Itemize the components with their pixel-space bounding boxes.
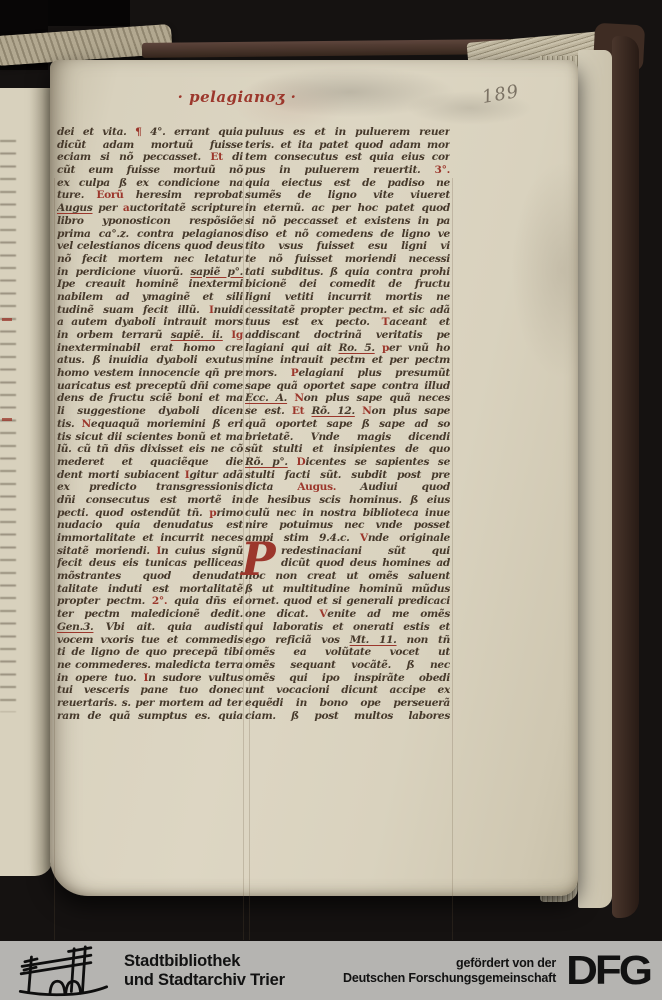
manuscript-line: ampi stim 9.4.c. Vnde originale	[245, 532, 450, 545]
ink-text: se est.	[245, 405, 292, 417]
manuscript-line: culũ nec in nostra biblioteca inue	[245, 507, 450, 520]
ink-text: equaquã moriemini ß eri	[91, 418, 243, 430]
ink-text: vel celestianos dicens quod deus	[57, 240, 243, 252]
ink-text: qui laboratis et onerati estis et	[245, 621, 450, 633]
ink-text: prima ca°.z. contra pelagianos	[57, 228, 243, 240]
rubric-mark: Ig	[231, 329, 243, 341]
ink-text: Ipe creauit hominẽ inextermi	[57, 278, 243, 290]
ink-text: omẽs sequant vocãtẽ. ß nec	[245, 659, 450, 671]
ink-text: redestinaciani sũt qui	[281, 545, 450, 557]
ink-text: n cuius signũ	[161, 545, 243, 557]
manuscript-line: atus. ß inuidia dyaboli exutus	[57, 354, 243, 367]
ink-text: omẽs ea volũtate vocet ut	[245, 646, 450, 658]
manuscript-line: fecit deus eis tunicas pelliceas de	[57, 557, 243, 570]
manuscript-line: omẽs sequant vocãtẽ. ß nec	[245, 659, 450, 672]
text-column-left: dei et vita. ¶ 4°. errant quiadicũt adam…	[57, 126, 243, 722]
drop-cap-initial: P	[241, 539, 275, 579]
dfg-logo: DFG	[566, 948, 650, 992]
red-underlined-citation: Rõ. 12.	[312, 405, 355, 417]
ink-text: pus in puluerem reuertit.	[245, 164, 435, 176]
manuscript-line: tito vsus fuisset esu ligni vi	[245, 240, 450, 253]
ink-text: uaricatus est preceptũ dñi come	[57, 380, 243, 392]
digitized-manuscript-view: · pelagianoʒ · 189 dei et vita. ¶ 4°. er…	[0, 0, 662, 1000]
ink-text: mederet et quaciẽque die comme	[57, 456, 243, 469]
ink-text: enite ad me omẽs	[327, 608, 450, 620]
ink-text: inexterminabil erat homo cre	[57, 342, 243, 354]
rubric-mark: V	[360, 532, 368, 544]
manuscript-line: teris. et ita patet quod adam mor	[245, 139, 450, 152]
ink-text: sumẽs de ligno vite viueret	[245, 189, 450, 201]
manuscript-line: reuertaris. s. per mortem ad ter	[57, 697, 243, 710]
book-cover-top-edge	[142, 39, 510, 58]
ink-text: one dicat.	[245, 608, 319, 620]
ink-text: hoc non creat ut omẽs saluent	[245, 570, 450, 582]
manuscript-line: Augus per auctoritatẽ scripture in	[57, 202, 243, 215]
manuscript-line: cessitatẽ propter pectm. et sic adã mor	[245, 304, 450, 317]
ink-text: brietatẽ. Vnde magis dicendi	[245, 431, 450, 443]
ink-text: lagiani qui ait	[245, 342, 339, 354]
manuscript-line: pus in puluerem reuertit. 3°.	[245, 164, 450, 177]
ink-text: er vnũ ho	[389, 342, 450, 354]
manuscript-line: ligni vetiti incurrit mortis ne	[245, 291, 450, 304]
text-column-right: puluus es et in puluerem reuerteris. et …	[245, 126, 450, 722]
ink-text: puluus es et in puluerem reuer	[245, 126, 450, 138]
funding-credit-line2: Deutschen Forschungsgemeinschaft	[343, 971, 556, 986]
manuscript-line: lũ. cũ tñ dñs dixisset eis ne cõ	[57, 443, 243, 456]
rubric-mark: Et	[210, 151, 222, 163]
manuscript-line: si nõ peccasset et existens in pa	[245, 215, 450, 228]
red-underlined-citation: Augus	[57, 202, 93, 214]
red-underlined-citation: sapiẽ. ii.	[171, 329, 223, 341]
manuscript-line: ciam. ß post multos labores	[245, 710, 450, 723]
ink-text: dicta	[245, 481, 297, 493]
manuscript-line: homo vestem innocencie qñ pre	[57, 367, 243, 380]
ink-text: dent morti subiacent	[57, 469, 185, 481]
ruling-line	[452, 178, 453, 940]
ink-text: sitatẽ moriendi.	[57, 545, 156, 557]
library-name-line1: Stadtbibliothek	[124, 952, 285, 971]
manuscript-line: lagiani qui ait Ro. 5. per vnũ ho	[245, 342, 450, 355]
ink-text: in perdicione viuorũ.	[57, 266, 191, 278]
ink-text: sape quã oportet sape contra illud	[245, 380, 450, 392]
manuscript-line: in perdicione viuorũ. sapiẽ p°.	[57, 266, 243, 279]
manuscript-line: de hesibus scis hominus. ß eius opus	[245, 494, 450, 507]
ink-text: tuus est ex pecto.	[245, 316, 382, 328]
ink-text: libro yponosticon respõsiõe	[57, 215, 243, 227]
ruling-line	[54, 178, 55, 940]
ink-text: in orbem terrarũ	[57, 329, 171, 341]
ink-text: di	[223, 151, 243, 163]
manuscript-line: one dicat. Venite ad me omẽs	[245, 608, 450, 621]
manuscript-line: ne commederes. maledicta terra	[57, 659, 243, 672]
rubric-mark: Augus.	[297, 481, 336, 493]
manuscript-line: sũt stulti et insipientes de quo	[245, 443, 450, 456]
manuscript-line: ex culpa ß ex condicione na	[57, 177, 243, 190]
ink-text: on plus sape quã neces	[304, 392, 450, 404]
manuscript-line: dicta Augus. Audiui quod scripsisset	[245, 481, 450, 494]
facing-page-rubric-fragment	[2, 418, 12, 421]
manuscript-line: omẽs ea volũtate vocet ut	[245, 646, 450, 659]
ink-text: vocem vxoris tue et commedis	[57, 634, 243, 646]
ink-text: mõstrantes quod denudati immor	[57, 570, 243, 583]
ink-text: dei et vita.	[57, 126, 135, 138]
manuscript-line: talitate induti est mortalitatẽ	[57, 583, 243, 596]
ink-text: nde originale	[368, 532, 450, 544]
facing-page-rubric-fragment	[2, 318, 12, 321]
ink-text: ego reficiã vos	[245, 634, 350, 646]
rubric-mark: Et	[292, 405, 304, 417]
manuscript-line: equẽdi in bono ope perseuerã	[245, 697, 450, 710]
manuscript-line: hoc non creat ut omẽs saluent	[245, 570, 450, 583]
ink-text: nõ fecit mortem nec letatur	[57, 253, 243, 265]
ink-text: teris. et ita patet quod adam mor	[245, 139, 450, 151]
ink-text: tudinẽ suam fecit illũ.	[57, 304, 209, 316]
rubric-mark: N	[82, 418, 91, 430]
manuscript-line: dñi consecutus est mortẽ in penã	[57, 494, 243, 507]
manuscript-line: eciam si nõ peccasset. Et di	[57, 151, 243, 164]
manuscript-line: tis. Nequaquã moriemini ß eri	[57, 418, 243, 431]
manuscript-line: se est. Et Rõ. 12. Non plus sape	[245, 405, 450, 418]
ink-text: tui vesceris pane tuo donec	[57, 684, 243, 696]
ink-text: pecti. quod ostendũt tñ.	[57, 507, 209, 519]
ink-text: unt vocacioni dicunt accipe ex	[245, 684, 450, 696]
ink-text: homo vestem innocencie qñ pre	[57, 367, 243, 379]
ink-text: a autem dyaboli intrauit mors	[57, 316, 243, 328]
manuscript-line: ex predicto transgressionis precepti	[57, 481, 243, 494]
ink-text: sũt stulti et insipientes de quo	[245, 443, 450, 455]
rubric-mark: p	[382, 342, 389, 354]
manuscript-line: in opere tuo. In sudore vultus	[57, 672, 243, 685]
manuscript-line: tis sicut dii scientes bonũ et ma	[57, 431, 243, 444]
manuscript-line: pecti. quod ostendũt tñ. primo de	[57, 507, 243, 520]
manuscript-line: ram de quã sumptus es. quia	[57, 710, 243, 723]
ink-text: nabilem ad ymaginẽ et sili	[57, 291, 243, 303]
ink-text: quia eiectus est de padiso ne	[245, 177, 450, 189]
rubric-mark: N	[294, 392, 303, 404]
funding-credit: gefördert von der Deutschen Forschungsge…	[343, 956, 556, 986]
ink-text: fecit deus eis tunicas pelliceas de	[57, 557, 243, 570]
ink-text: heresim reprobat	[124, 189, 243, 201]
ink-text: si nõ peccasset et existens in pa	[245, 215, 450, 227]
ink-text: dicũt quod deus homines ad	[281, 557, 450, 569]
manuscript-line: addiscant doctrinã veritatis pe	[245, 329, 450, 342]
ink-text: lũ. cũ tñ dñs dixisset eis ne cõ	[57, 443, 243, 455]
red-underlined-citation: Mt. 11.	[350, 634, 397, 646]
manuscript-line: tuus est ex pecto. Taceant et	[245, 316, 450, 329]
manuscript-line: dicũt adam mortuũ fuisse	[57, 139, 243, 152]
ink-text: stulti facti sũt. subdit post pre	[245, 469, 450, 481]
ink-text: 4°. errant quia	[142, 126, 243, 138]
library-name: Stadtbibliothek und Stadtarchiv Trier	[124, 952, 285, 990]
ink-text: ter pectm maledicionẽ dedit.	[57, 608, 243, 620]
funding-credit-line1: gefördert von der	[343, 956, 556, 971]
ink-text	[288, 456, 297, 468]
ink-text: cũt eum fuisse mortuũ nõ	[57, 164, 243, 176]
manuscript-line: sumẽs de ligno vite viueret	[245, 189, 450, 202]
manuscript-line: tati subditus. ß quia contra prohi	[245, 266, 450, 279]
manuscript-line: dei et vita. ¶ 4°. errant quia	[57, 126, 243, 139]
ink-text: tati subditus. ß quia contra prohi	[245, 266, 450, 278]
ink-text: ti de ligno de quo precepã tibi	[57, 646, 243, 658]
ink-text: dñi consecutus est mortẽ in penã	[57, 494, 243, 507]
ink-text	[304, 405, 311, 417]
ink-text: aceant et	[389, 316, 450, 328]
ink-text: ornet. quod et si generali predicaci	[245, 595, 450, 607]
ink-text: nudacio quia denudatus est	[57, 519, 243, 531]
library-name-line2: und Stadtarchiv Trier	[124, 971, 285, 990]
ink-text: te nõ fuisset moriendi necessi	[245, 253, 450, 265]
ink-text: ram de quã sumptus es. quia	[57, 710, 243, 722]
ink-text: dens de fructu sciẽ boni et ma	[57, 392, 243, 404]
ink-text: ligni vetiti incurrit mortis ne	[245, 291, 450, 303]
rubric-mark: 3°.	[435, 164, 450, 176]
manuscript-line: libro yponosticon respõsiõe	[57, 215, 243, 228]
ink-text: gitur adã	[189, 469, 243, 481]
manuscript-line: nudacio quia denudatus est	[57, 519, 243, 532]
red-underlined-citation: Gen.3.	[57, 621, 93, 633]
manuscript-line: ter pectm maledicionẽ dedit.	[57, 608, 243, 621]
ink-text: nire potuimus nec vnde posset	[245, 519, 450, 531]
ink-text	[375, 342, 382, 354]
manuscript-line: dens de fructu sciẽ boni et ma	[57, 392, 243, 405]
manuscript-line: omẽs qui ipo inspirãte obedi	[245, 672, 450, 685]
manuscript-line: bicionẽ dei comedit de fructu	[245, 278, 450, 291]
manuscript-line: prima ca°.z. contra pelagianos	[57, 228, 243, 241]
ink-text	[223, 329, 231, 341]
manuscript-line: redestinaciani sũt qui	[245, 545, 450, 558]
ink-text: Vbi ait. quia audisti	[93, 621, 243, 633]
ink-text: diso et nõ comedens de ligno ve	[245, 228, 450, 240]
manuscript-line: dicũt quod deus homines ad	[245, 557, 450, 570]
ink-text: quã oportet sape ß sape ad so	[245, 418, 450, 430]
manuscript-line: unt vocacioni dicunt accipe ex	[245, 684, 450, 697]
ink-text: n sudore vultus	[148, 672, 243, 684]
ink-text: addiscant doctrinã veritatis pe	[245, 329, 450, 341]
manuscript-line: mederet et quaciẽque die comme	[57, 456, 243, 469]
ink-text: icentes se sapientes se	[305, 456, 450, 468]
manuscript-line: propter pectm. 2°. quia dñs ei prop	[57, 595, 243, 608]
ink-text: equẽdi in bono ope perseuerã	[245, 697, 450, 709]
manuscript-line: ornet. quod et si generali predicaci	[245, 595, 450, 608]
manuscript-line: nabilem ad ymaginẽ et sili	[57, 291, 243, 304]
ink-text: eciam si nõ peccasset.	[57, 151, 210, 163]
running-title: · pelagianoʒ ·	[172, 88, 302, 106]
manuscript-line: ß ut multitudine hominũ mũdus	[245, 583, 450, 596]
ink-text: atus. ß inuidia dyaboli exutus	[57, 354, 243, 366]
manuscript-line: qui laboratis et onerati estis et	[245, 621, 450, 634]
ink-text: li suggestione dyaboli dicen	[57, 405, 243, 417]
ink-text: mors.	[245, 367, 291, 379]
manuscript-line: immortalitate et incurrit neces	[57, 532, 243, 545]
manuscript-line: li suggestione dyaboli dicen	[57, 405, 243, 418]
ink-text: talitate induti est mortalitatẽ	[57, 583, 243, 595]
ink-text: in eternũ. ac per hoc patet quod adã	[245, 202, 450, 215]
red-underlined-citation: Ecc. A.	[245, 392, 287, 404]
ink-text: ne commederes. maledicta terra	[57, 659, 243, 671]
porta-nigra-logo	[12, 945, 114, 997]
manuscript-line: a autem dyaboli intrauit mors	[57, 316, 243, 329]
ink-text: ß ut multitudine hominũ mũdus	[245, 583, 450, 595]
facing-page-text-fragments	[0, 136, 16, 712]
manuscript-line: tui vesceris pane tuo donec	[57, 684, 243, 697]
fore-edge-panel	[578, 50, 612, 908]
facing-page-sliver	[0, 88, 53, 876]
manuscript-line: tem consecutus est quia eius cor	[245, 151, 450, 164]
manuscript-line: cũt eum fuisse mortuũ nõ	[57, 164, 243, 177]
ink-text: elagiani plus presumũt	[298, 367, 450, 379]
manuscript-line: in orbem terrarũ sapiẽ. ii. Ig	[57, 329, 243, 342]
codex-photo: · pelagianoʒ · 189 dei et vita. ¶ 4°. er…	[0, 0, 662, 941]
red-underlined-citation: Ro. 5.	[339, 342, 375, 354]
ink-text: on plus sape	[372, 405, 450, 417]
manuscript-line: nire potuimus nec vnde posset	[245, 519, 450, 532]
ink-text: in opere tuo.	[57, 672, 143, 684]
ink-text: bicionẽ dei comedit de fructu	[245, 278, 450, 290]
manuscript-line: vel celestianos dicens quod deus	[57, 240, 243, 253]
ink-text: ex predicto transgressionis precepti	[57, 481, 243, 494]
manuscript-line: inexterminabil erat homo cre	[57, 342, 243, 355]
ink-text: dicũt adam mortuũ fuisse	[57, 139, 243, 151]
manuscript-line: ture. Eorũ heresim reprobat	[57, 189, 243, 202]
manuscript-line: diso et nõ comedens de ligno ve	[245, 228, 450, 241]
manuscript-line: dent morti subiacent Igitur adã	[57, 469, 243, 482]
rubric-mark: N	[362, 405, 371, 417]
book-cover-right-edge	[612, 36, 639, 918]
manuscript-line: mors. Pelagiani plus presumũt	[245, 367, 450, 380]
manuscript-line: Gen.3. Vbi ait. quia audisti	[57, 621, 243, 634]
ink-text: tem consecutus est quia eius cor	[245, 151, 450, 163]
ink-text: per	[93, 202, 123, 214]
ink-text: reuertaris. s. per mortem ad ter	[57, 697, 243, 709]
rubric-mark: Eorũ	[96, 189, 123, 201]
ink-text: non tñ	[397, 634, 450, 646]
footer-bar: Stadtbibliothek und Stadtarchiv Trier ge…	[0, 941, 662, 1000]
red-underlined-citation: sapiẽ p°.	[191, 266, 243, 278]
ink-text: mine intrauit pectm et per pectm	[245, 354, 450, 366]
ink-text: tis.	[57, 418, 82, 430]
manuscript-line: te nõ fuisset moriendi necessi	[245, 253, 450, 266]
ink-text: culũ nec in nostra biblioteca inue	[245, 507, 450, 519]
ink-text: tito vsus fuisset esu ligni vi	[245, 240, 450, 252]
ink-text: ex culpa ß ex condicione na	[57, 177, 243, 189]
ink-text: omẽs qui ipo inspirãte obedi	[245, 672, 450, 684]
manuscript-line: Rõ. p°. Dicentes se sapientes se	[245, 456, 450, 469]
manuscript-line: Ecc. A. Non plus sape quã neces	[245, 392, 450, 405]
manuscript-line: brietatẽ. Vnde magis dicendi	[245, 431, 450, 444]
manuscript-line: ti de ligno de quo precepã tibi	[57, 646, 243, 659]
manuscript-line: sape quã oportet sape contra illud	[245, 380, 450, 393]
manuscript-line: quia eiectus est de padiso ne	[245, 177, 450, 190]
rubric-mark: 2°.	[152, 595, 167, 607]
manuscript-line: Ipe creauit hominẽ inextermi	[57, 278, 243, 291]
manuscript-line: in eternũ. ac per hoc patet quod adã	[245, 202, 450, 215]
ink-text: nuidi	[214, 304, 243, 316]
manuscript-line: quã oportet sape ß sape ad so	[245, 418, 450, 431]
ink-text: de hesibus scis hominus. ß eius opus	[245, 494, 450, 507]
manuscript-line: mõstrantes quod denudati immor	[57, 570, 243, 583]
ink-text: propter pectm.	[57, 595, 152, 607]
manuscript-line: sitatẽ moriendi. In cuius signũ	[57, 545, 243, 558]
ink-text: ture.	[57, 189, 96, 201]
manuscript-line: tudinẽ suam fecit illũ. Inuidi	[57, 304, 243, 317]
ink-text: immortalitate et incurrit neces	[57, 532, 243, 544]
manuscript-line: stulti facti sũt. subdit post pre	[245, 469, 450, 482]
ink-text: tis sicut dii scientes bonũ et ma	[57, 431, 243, 443]
manuscript-line: mine intrauit pectm et per pectm	[245, 354, 450, 367]
manuscript-line: vocem vxoris tue et commedis	[57, 634, 243, 647]
red-underlined-citation: Rõ. p°.	[245, 456, 288, 468]
manuscript-line: puluus es et in puluerem reuer	[245, 126, 450, 139]
ink-text: ciam. ß post multos labores	[245, 710, 450, 722]
manuscript-line: ego reficiã vos Mt. 11. non tñ	[245, 634, 450, 647]
ink-text: cessitatẽ propter pectm. et sic adã mor	[245, 304, 450, 317]
manuscript-line: nõ fecit mortem nec letatur	[57, 253, 243, 266]
manuscript-line: uaricatus est preceptũ dñi come	[57, 380, 243, 393]
